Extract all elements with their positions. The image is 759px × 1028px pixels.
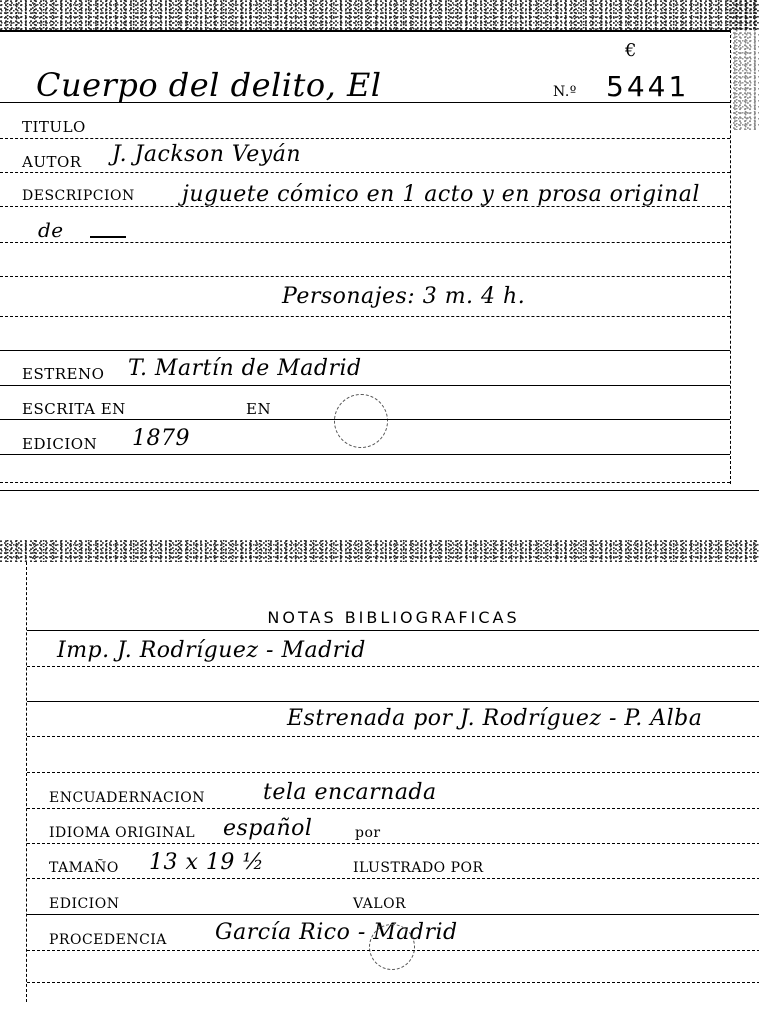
encuadernacion-label: ENCUADERNACION [49,790,205,806]
descripcion-label: DESCRIPCION [22,188,135,204]
rule [0,138,730,139]
descripcion-cont-prefix: de [38,218,64,242]
dash-mark [90,236,126,238]
scan-noise-right [729,0,759,130]
number-mark: € [625,40,637,61]
rule [0,385,730,386]
divider-line [0,490,759,491]
rule [0,316,730,317]
scan-noise-top [0,0,759,30]
rule [27,982,759,983]
idioma-original-value: español [223,816,312,841]
descripcion-value: juguete cómico en 1 acto y en prosa orig… [182,182,700,207]
idioma-original-label: IDIOMA ORIGINAL [49,825,195,841]
estreno-label: ESTRENO [22,365,104,383]
procedencia-value: García Rico - Madrid [215,920,458,945]
rule [27,736,759,737]
notes-heading: NOTAS BIBLIOGRAFICAS [27,608,759,627]
personajes-value: Personajes: 3 m. 4 h. [282,284,525,309]
rule [0,206,730,207]
rule [27,808,759,809]
edicion-label: EDICION [22,435,97,453]
ilustrado-por-label: ILUSTRADO POR [353,860,484,876]
rule [0,350,730,351]
autor-value: J. Jackson Veyán [112,142,301,167]
estreno-value: T. Martín de Madrid [128,356,362,381]
catalog-card-front: Cuerpo del delito, El N.º 5441 € TITULO … [0,30,731,484]
escrita-en-label: ESCRITA EN [22,400,126,418]
rule [27,878,759,879]
rule [27,950,759,951]
en-label: EN [246,400,271,418]
rule [0,482,730,483]
rule [0,276,730,277]
por-label: por [355,825,381,841]
encuadernacion-value: tela encarnada [263,780,437,805]
title-handwritten: Cuerpo del delito, El [36,66,382,104]
rule [0,242,730,243]
rule [27,701,759,702]
rule [0,172,730,173]
rule [27,772,759,773]
rule [0,419,730,420]
rule [0,454,730,455]
titulo-label: TITULO [22,118,86,136]
edicion-value: 1879 [132,426,190,451]
edicion-back-label: EDICION [49,896,119,912]
number-value: 5441 [606,70,689,103]
scan-noise-middle [0,540,759,562]
rule [27,843,759,844]
rule [27,914,759,915]
note-line-2: Estrenada por J. Rodríguez - P. Alba [287,706,702,731]
valor-label: VALOR [353,896,406,912]
tamano-value: 13 x 19 ½ [149,850,264,875]
rule [0,102,730,103]
number-label: N.º [553,84,577,100]
stamp-circle [369,924,415,970]
catalog-card-back: NOTAS BIBLIOGRAFICAS Imp. J. Rodríguez -… [26,562,759,1002]
rule [27,666,759,667]
tamano-label: TAMAÑO [49,860,119,876]
stamp-circle [334,394,388,448]
autor-label: AUTOR [22,153,82,171]
procedencia-label: PROCEDENCIA [49,932,167,948]
note-line-1: Imp. J. Rodríguez - Madrid [57,638,366,663]
rule [27,630,759,631]
